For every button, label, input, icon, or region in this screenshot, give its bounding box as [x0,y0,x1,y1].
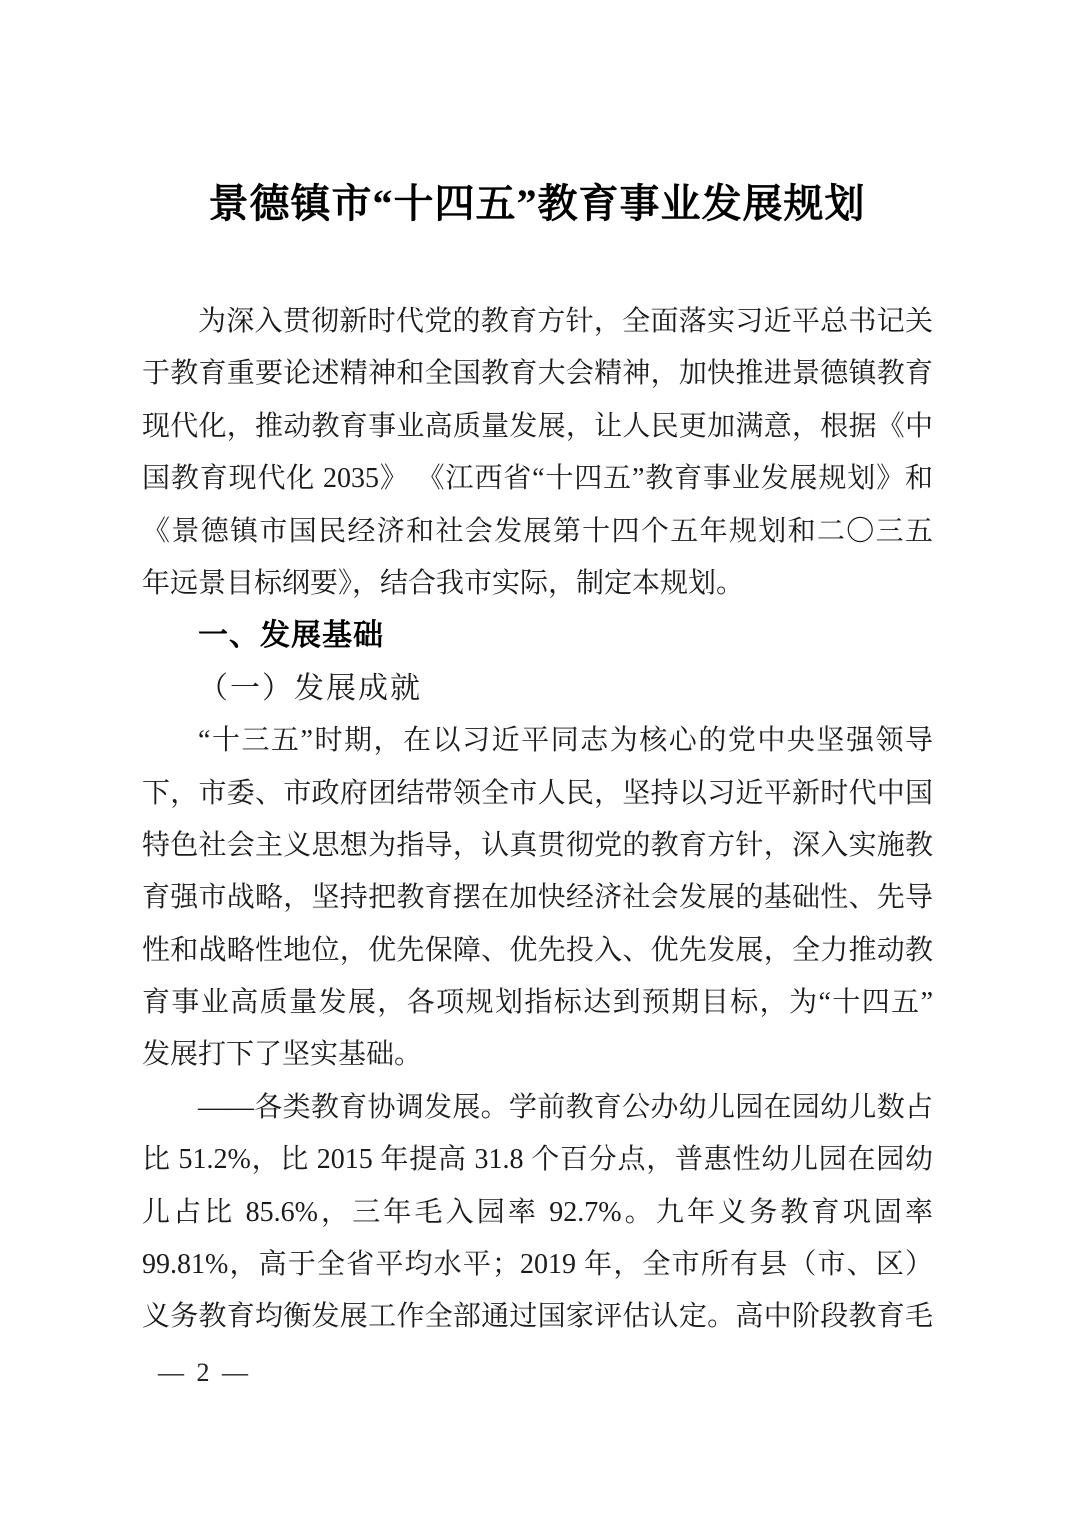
document-page: 景德镇市“十四五”教育事业发展规划 为深入贯彻新时代党的教育方针，全面落实习近平… [0,0,1074,1520]
text-line: 于教育重要论述精神和全国教育大会精神，加快推进景德镇教育 [142,348,933,400]
text-line: 儿占比 85.6%，三年毛入园率 92.7%。九年义务教育巩固率 [142,1187,933,1239]
text-line: 下，市委、市政府团结带领全市人民，坚持以习近平新时代中国 [142,768,933,820]
text-line: 为深入贯彻新时代党的教育方针，全面落实习近平总书记关 [142,296,933,348]
text-line: 育事业高质量发展，各项规划指标达到预期目标，为“十四五” [142,977,933,1029]
text-line: 性和战略性地位，优先保障、优先投入、优先发展，全力推动教 [142,925,933,977]
subsection-heading: （一）发展成就 [142,663,933,715]
text-line: 99.81%，高于全省平均水平；2019 年，全市所有县（市、区） [142,1239,933,1291]
text-line: 现代化，推动教育事业高质量发展，让人民更加满意，根据《中 [142,401,933,453]
text-line: 发展打下了坚实基础。 [142,1029,933,1081]
text-line: 育强市战略，坚持把教育摆在加快经济社会发展的基础性、先导 [142,872,933,924]
text-line: 年远景目标纲要》，结合我市实际，制定本规划。 [142,558,933,610]
text-line: 国教育现代化 2035》 《江西省“十四五”教育事业发展规划》和 [142,453,933,505]
title-block: 景德镇市“十四五”教育事业发展规划 [0,176,1074,232]
text-line: 比 51.2%，比 2015 年提高 31.8 个百分点，普惠性幼儿园在园幼 [142,1134,933,1186]
text-line: 《景德镇市国民经济和社会发展第十四个五年规划和二〇三五 [142,506,933,558]
document-title: 景德镇市“十四五”教育事业发展规划 [0,176,1074,232]
text-line: 特色社会主义思想为指导，认真贯彻党的教育方针，深入实施教 [142,820,933,872]
text-line: ——各类教育协调发展。学前教育公办幼儿园在园幼儿数占 [142,1082,933,1134]
text-line: “十三五”时期，在以习近平同志为核心的党中央坚强领导 [142,715,933,767]
section-heading: 一、发展基础 [142,610,933,662]
page-number: — 2 — [158,1356,251,1390]
text-line: 义务教育均衡发展工作全部通过国家评估认定。高中阶段教育毛 [142,1291,933,1343]
document-body: 为深入贯彻新时代党的教育方针，全面落实习近平总书记关于教育重要论述精神和全国教育… [142,296,933,1344]
